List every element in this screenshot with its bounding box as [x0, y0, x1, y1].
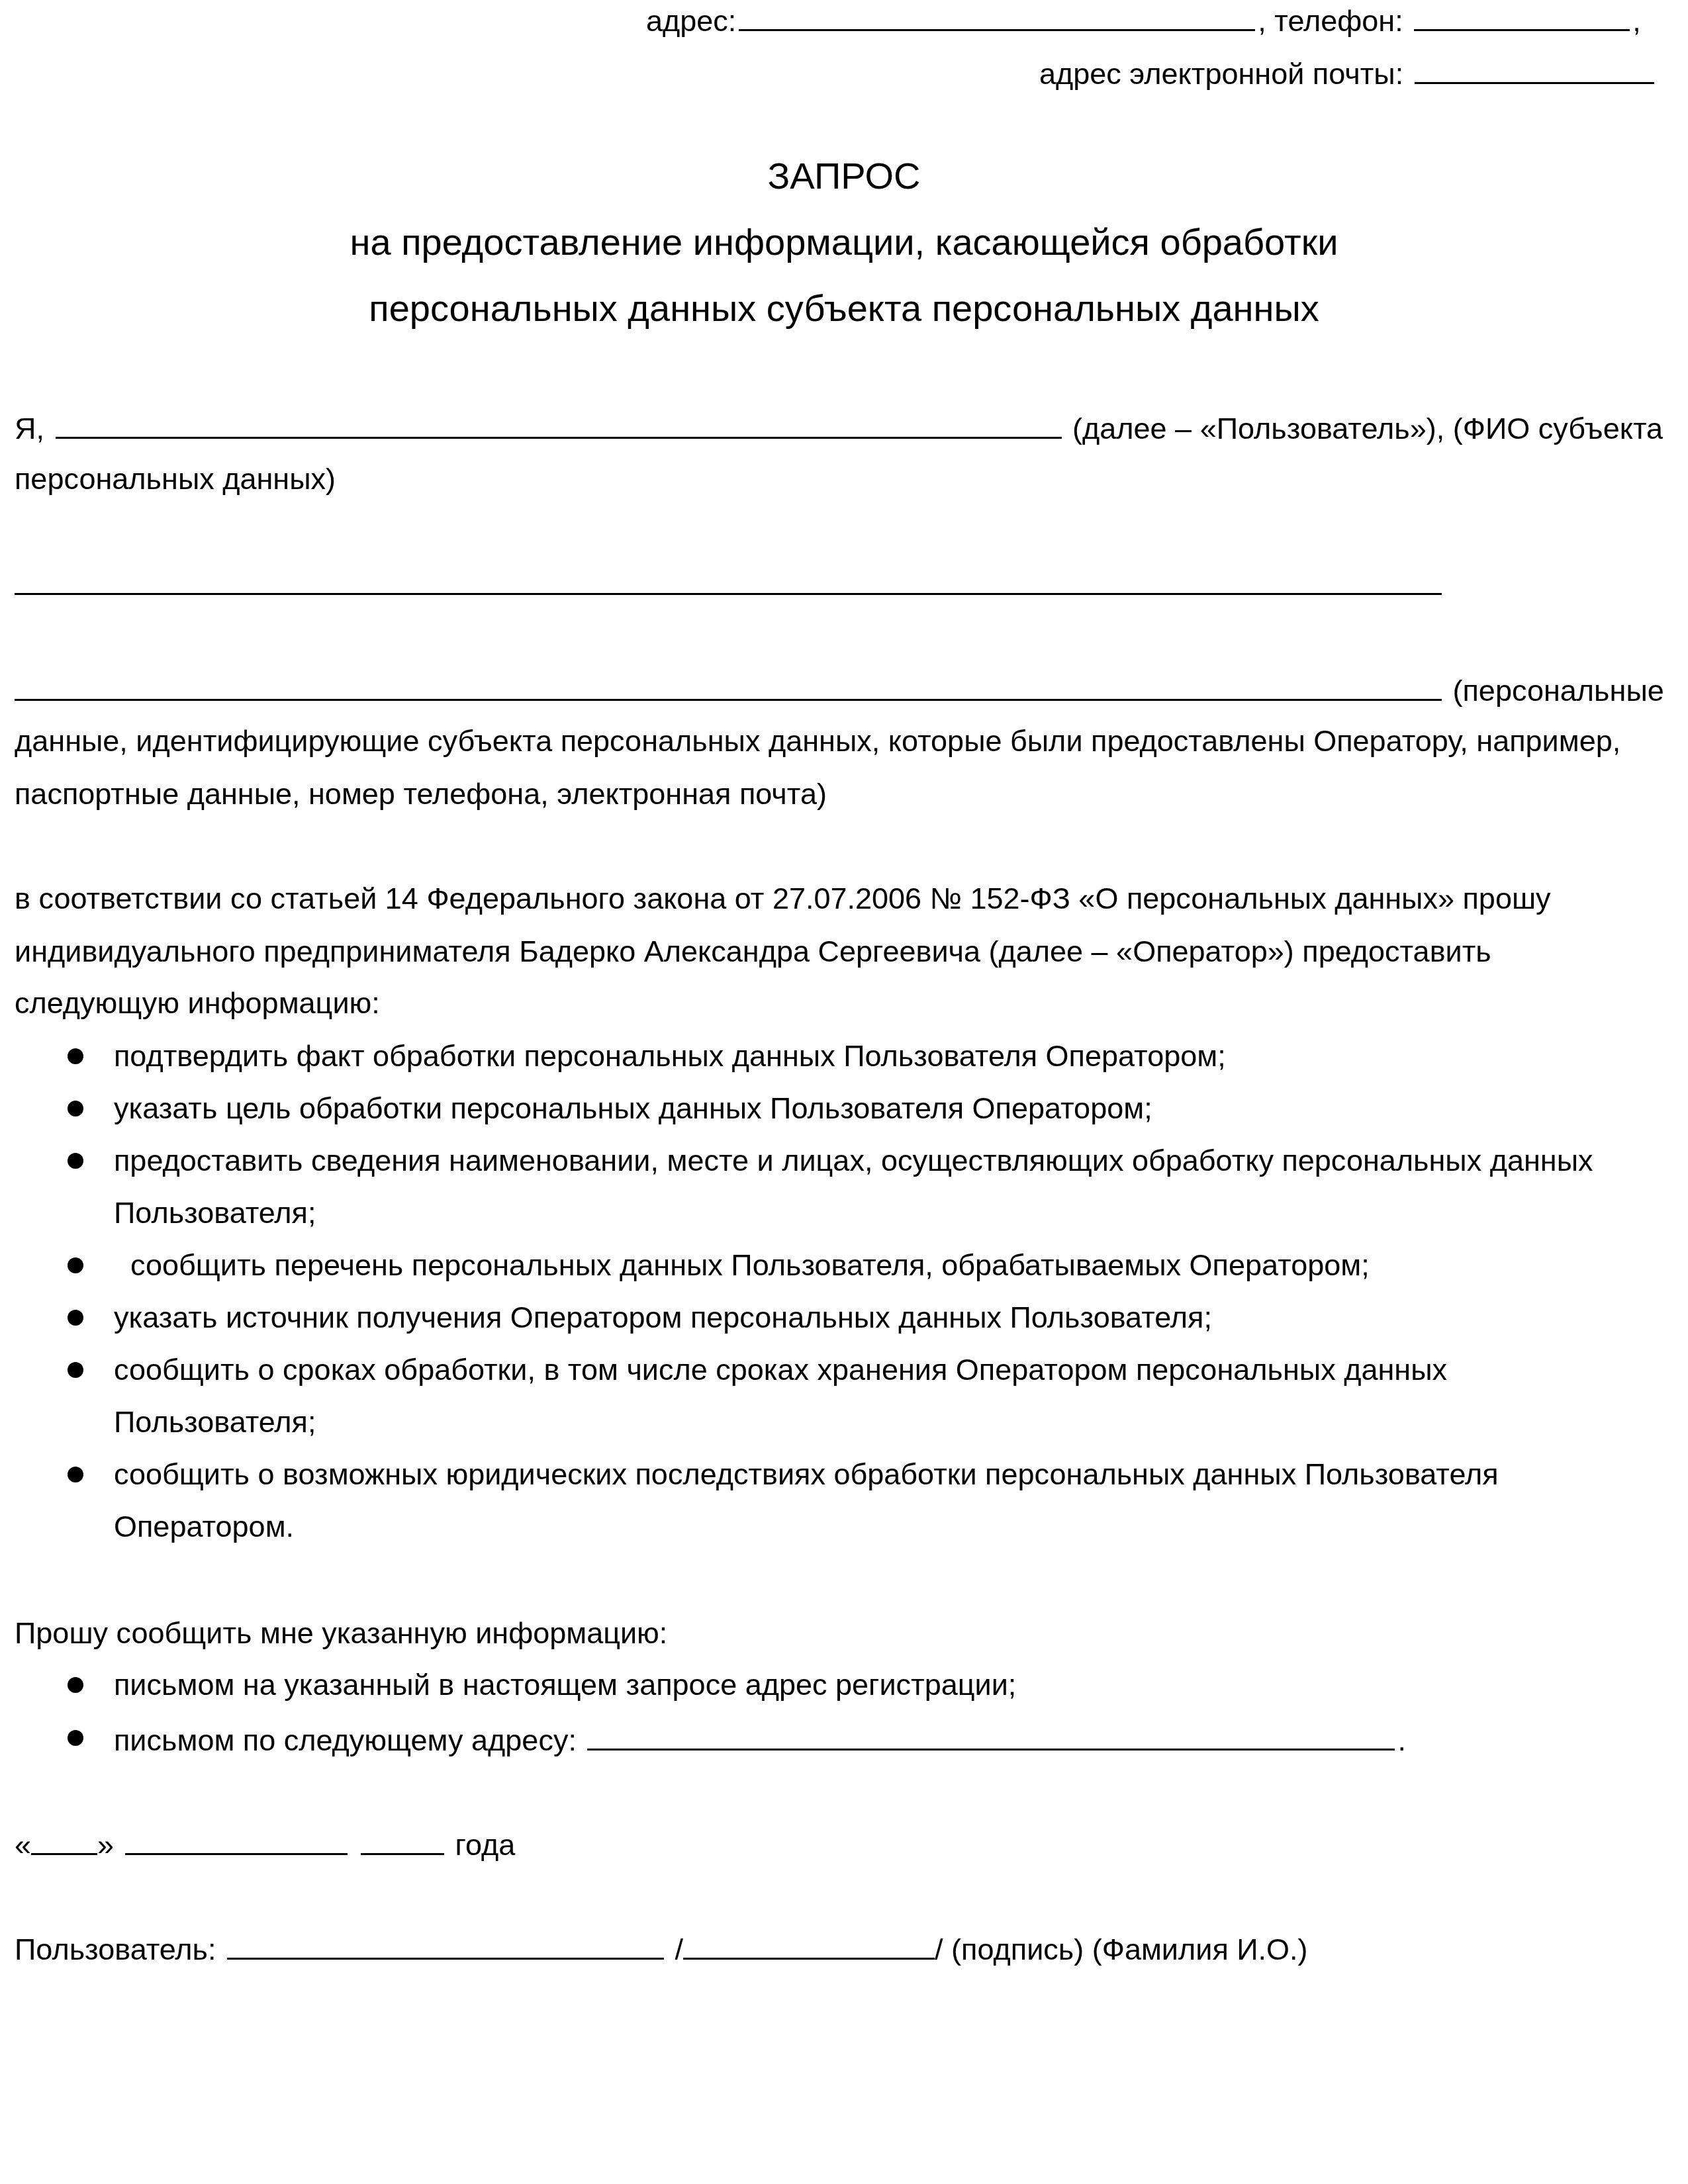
- request-item-line: Оператором.: [114, 1508, 294, 1545]
- document-title: ЗАПРОС: [0, 158, 1688, 195]
- address-phone-line: адрес:, телефон: ,: [646, 0, 1641, 40]
- bullet-icon: [68, 1467, 83, 1482]
- personal-data-description-1: данные, идентифицирующие субъекта персон…: [15, 723, 1620, 760]
- document-subtitle-line-1: на предоставление информации, касающейся…: [0, 224, 1688, 261]
- request-item-line: предоставить сведения наименовании, мест…: [114, 1142, 1593, 1179]
- body-line-2: индивидуального предпринимателя Бадерко …: [15, 933, 1491, 970]
- personal-data-suffix: (персональные: [1453, 674, 1664, 707]
- delivery-option-2-label: письмом по следующему адресу:: [114, 1723, 577, 1757]
- document-subtitle-line-2: персональных данных субъекта персональны…: [0, 290, 1688, 327]
- bullet-icon: [68, 1362, 83, 1378]
- phone-label: , телефон:: [1258, 4, 1403, 38]
- delivery-option-2-end: .: [1397, 1723, 1406, 1757]
- bullet-icon: [68, 1101, 83, 1116]
- bullet-icon: [68, 1048, 83, 1064]
- signature-field[interactable]: [227, 1929, 664, 1960]
- year-word: года: [455, 1828, 516, 1862]
- date-line: «» года: [15, 1824, 515, 1864]
- signature-caption: (подпись) (Фамилия И.О.): [951, 1933, 1307, 1966]
- signature-slash-2: /: [935, 1933, 943, 1966]
- email-label: адрес электронной почты:: [1039, 57, 1403, 91]
- intro-continuation: персональных данных): [15, 461, 336, 498]
- day-field[interactable]: [31, 1824, 97, 1855]
- request-item-line: сообщить перечень персональных данных По…: [114, 1247, 1370, 1284]
- signature-label: Пользователь:: [15, 1933, 216, 1966]
- body-line-1: в соответствии со статьей 14 Федеральног…: [15, 880, 1551, 917]
- email-field[interactable]: [1415, 53, 1654, 84]
- intro-prefix: Я,: [15, 412, 44, 445]
- address-field[interactable]: [739, 0, 1255, 31]
- delivery-option-1: письмом на указанный в настоящем запросе…: [114, 1666, 1016, 1704]
- delivery-option-2: письмом по следующему адресу: .: [114, 1719, 1406, 1759]
- bullet-icon: [68, 1677, 83, 1693]
- personal-data-field-2[interactable]: [15, 670, 1442, 701]
- signature-slash-1: /: [675, 1933, 684, 1966]
- email-line: адрес электронной почты:: [1039, 53, 1657, 93]
- request-item-line: Пользователя;: [114, 1195, 316, 1232]
- request-item-line: указать источник получения Оператором пе…: [114, 1299, 1212, 1336]
- intro-suffix: (далее – «Пользователь»), (ФИО субъекта: [1072, 412, 1663, 445]
- delivery-heading: Прошу сообщить мне указанную информацию:: [15, 1615, 667, 1652]
- personal-data-field-1[interactable]: [15, 564, 1442, 595]
- year-field[interactable]: [361, 1824, 444, 1855]
- bullet-icon: [68, 1153, 83, 1169]
- intro-line: Я, (далее – «Пользователь»), (ФИО субъек…: [15, 408, 1663, 447]
- personal-data-line-1: [15, 564, 1444, 604]
- delivery-address-field[interactable]: [587, 1719, 1395, 1751]
- address-label: адрес:: [646, 4, 736, 38]
- surname-initials-field[interactable]: [683, 1929, 935, 1960]
- trailing-comma: ,: [1632, 4, 1641, 38]
- signature-line: Пользователь: // (подпись) (Фамилия И.О.…: [15, 1929, 1308, 1968]
- bullet-icon: [68, 1730, 83, 1746]
- personal-data-description-2: паспортные данные, номер телефона, элект…: [15, 776, 827, 813]
- personal-data-line-2: (персональные: [15, 670, 1664, 709]
- date-close-quote: »: [97, 1828, 114, 1862]
- bullet-icon: [68, 1257, 83, 1273]
- request-item-line: сообщить о сроках обработки, в том числе…: [114, 1351, 1447, 1388]
- bullet-icon: [68, 1310, 83, 1326]
- body-line-3: следующую информацию:: [15, 985, 380, 1022]
- month-field[interactable]: [125, 1824, 348, 1855]
- request-item-line: Пользователя;: [114, 1404, 316, 1441]
- request-item-line: указать цель обработки персональных данн…: [114, 1090, 1152, 1127]
- request-item-line: подтвердить факт обработки персональных …: [114, 1038, 1226, 1075]
- request-item-line: сообщить о возможных юридических последс…: [114, 1456, 1499, 1493]
- phone-field[interactable]: [1414, 0, 1630, 31]
- request-document: адрес:, телефон: , адрес электронной поч…: [0, 0, 1688, 2184]
- date-open-quote: «: [15, 1828, 31, 1862]
- full-name-field[interactable]: [56, 408, 1062, 439]
